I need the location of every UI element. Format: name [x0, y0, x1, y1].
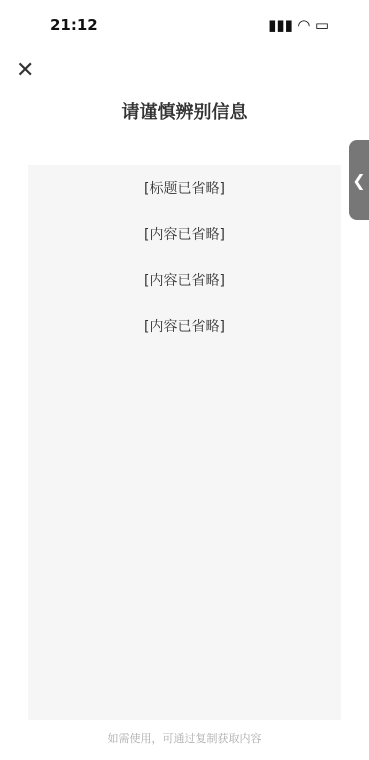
- card-paragraph: [内容已省略]: [40, 315, 329, 339]
- signal-wifi-battery-icons: ▮▮▮ ◠ ▭: [268, 16, 329, 34]
- card-title: [标题已省略]: [40, 177, 329, 201]
- card-paragraph: [内容已省略]: [40, 223, 329, 247]
- side-panel-tab[interactable]: ❮: [349, 140, 369, 220]
- content-card: [标题已省略] [内容已省略] [内容已省略] [内容已省略]: [28, 165, 341, 720]
- close-icon[interactable]: ✕: [16, 58, 34, 83]
- card-paragraph: [内容已省略]: [40, 269, 329, 293]
- warning-text: 请谨慎辨别信息: [0, 98, 369, 124]
- clock: 21:12: [50, 16, 98, 34]
- copy-hint: 如需使用，可通过复制获取内容: [0, 730, 369, 746]
- status-bar: 21:12 ▮▮▮ ◠ ▭: [0, 0, 369, 50]
